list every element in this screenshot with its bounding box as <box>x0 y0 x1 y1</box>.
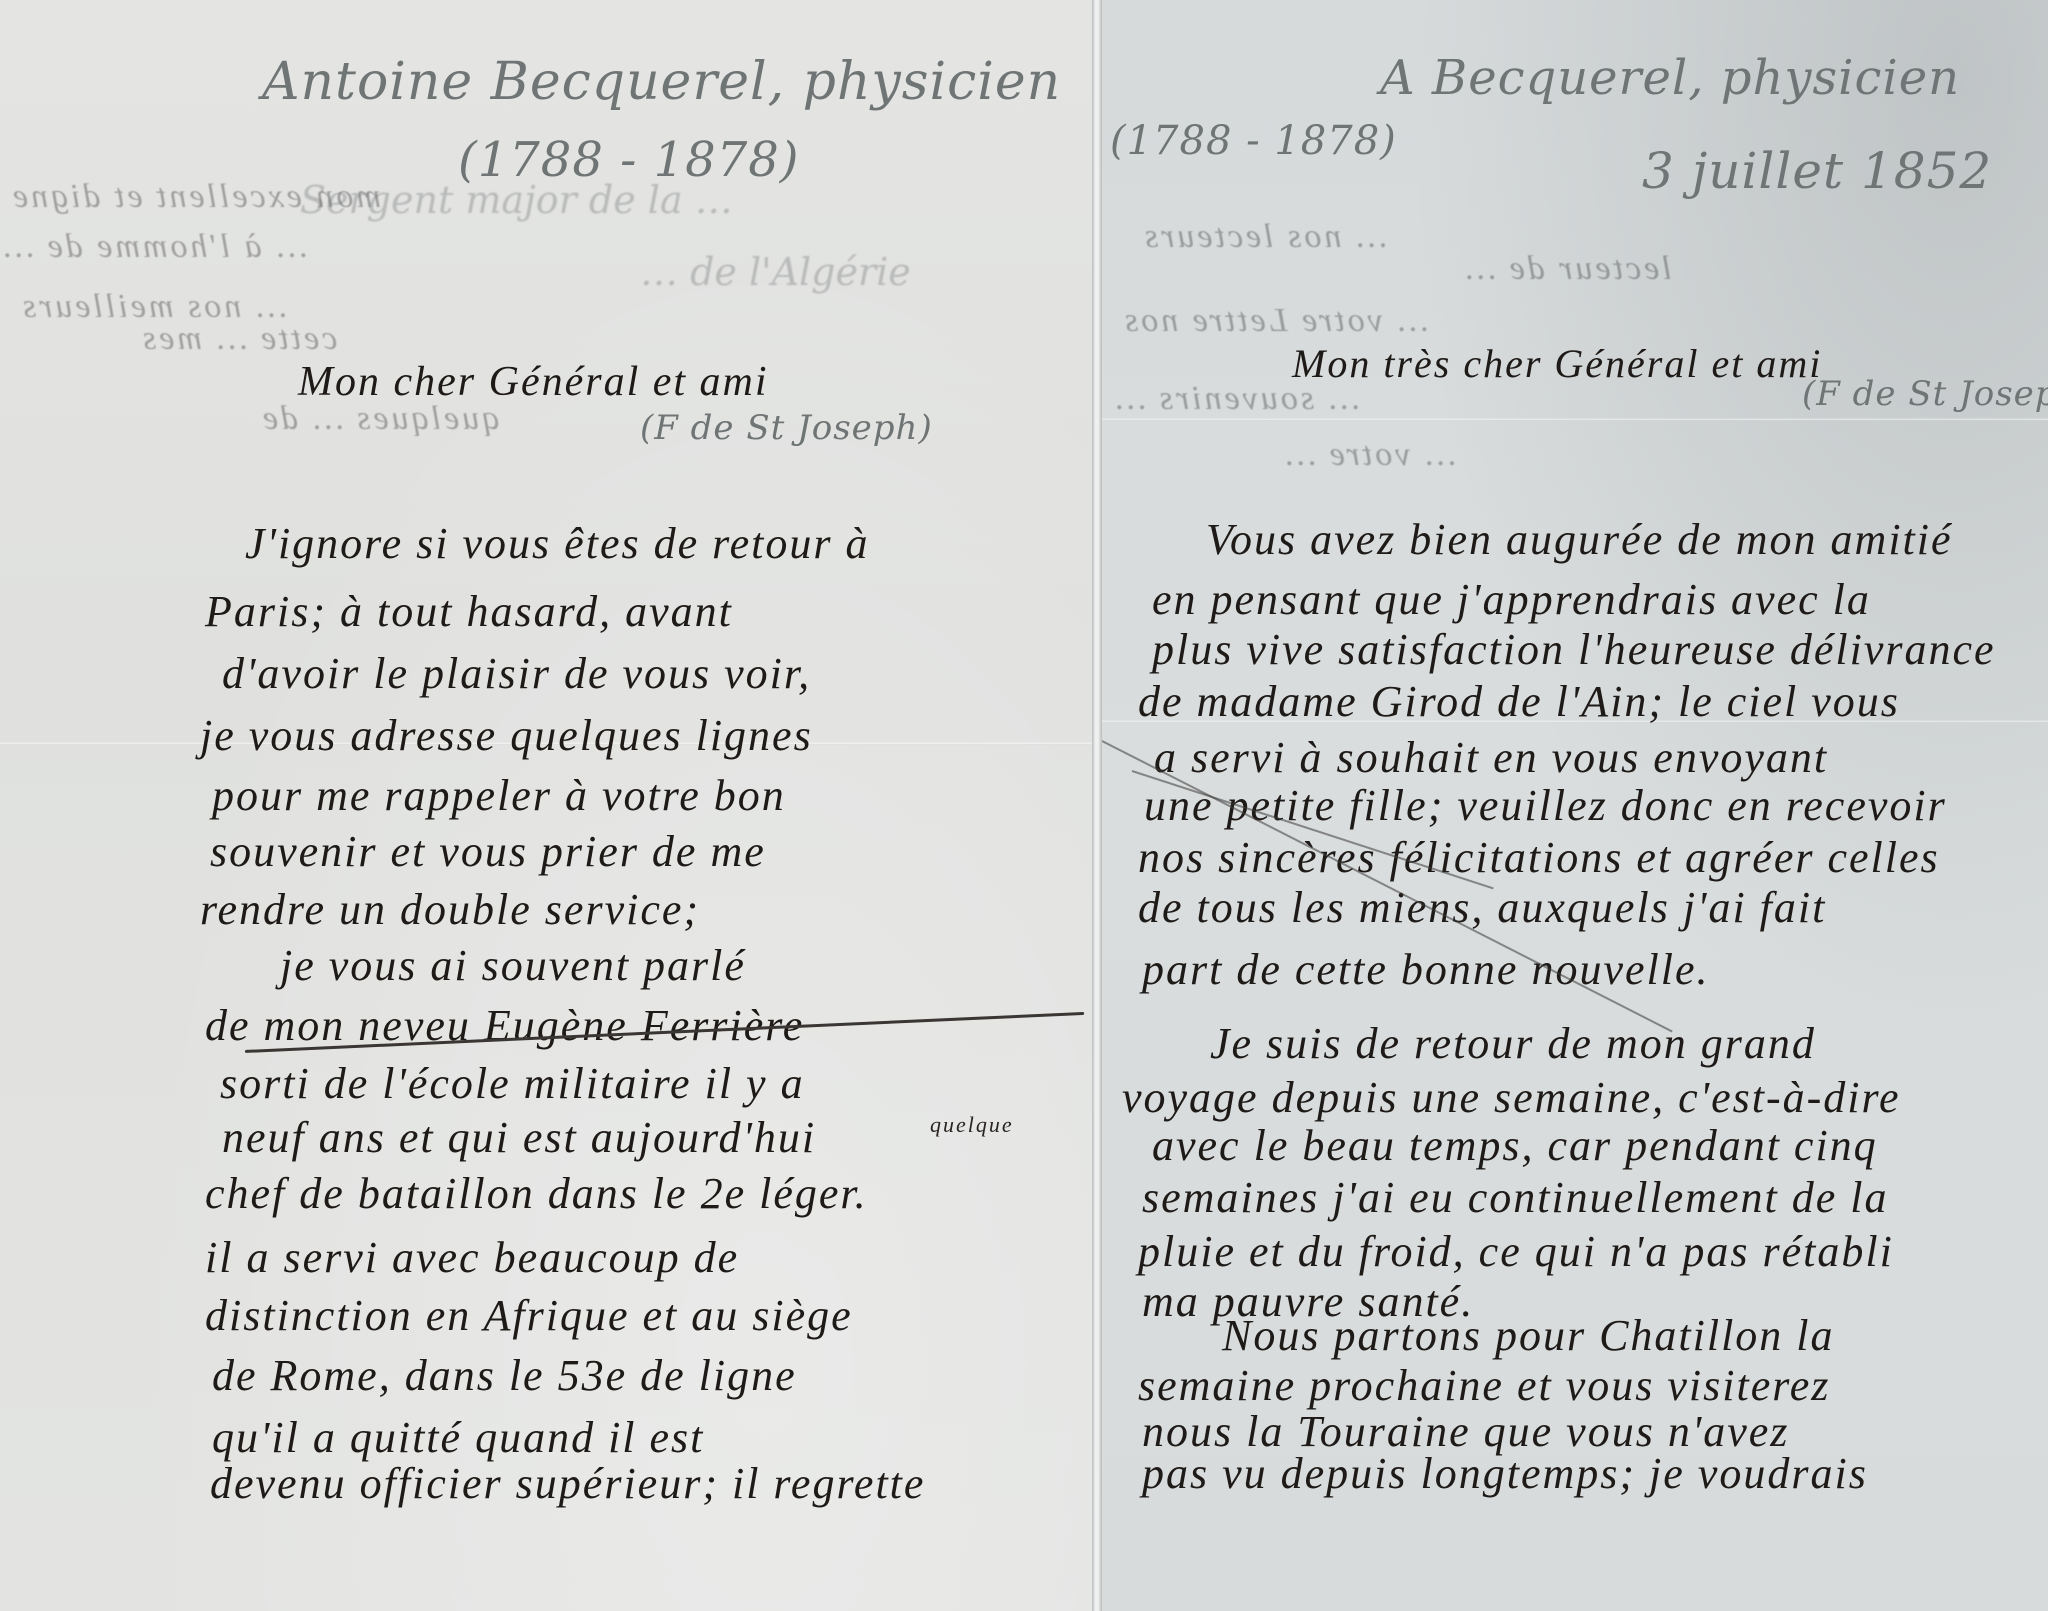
pencil-header-dates: (1788 - 1878) <box>1110 118 1397 164</box>
bleed-through-line: lecteur de … <box>1462 250 1672 288</box>
letter-line: distinction en Afrique et au siège <box>205 1290 853 1341</box>
letter-line: Vous avez bien augurée de mon amitié <box>1206 514 1953 565</box>
letter-line: en pensant que j'apprendrais avec la <box>1152 574 1871 625</box>
letter-line: J'ignore si vous êtes de retour à <box>245 518 870 569</box>
pencil-header-dates: (1788 - 1878) <box>458 132 800 188</box>
left-page: mon excellent et digne … à l'homme de … … <box>0 0 1092 1611</box>
letter-line: il a servi avec beaucoup de <box>205 1232 739 1283</box>
letter-line: souvenir et vous prier de me <box>210 826 766 877</box>
letter-line: neuf ans et qui est aujourd'hui <box>222 1112 816 1163</box>
letter-line: devenu officier supérieur; il regrette <box>210 1458 925 1509</box>
salutation: Mon cher Général et ami <box>298 358 769 406</box>
letter-line: rendre un double service; <box>200 884 700 935</box>
letter-line: avec le beau temps, car pendant cinq <box>1152 1120 1878 1171</box>
letter-line: sorti de l'école militaire il y a <box>220 1058 805 1109</box>
letter-line: semaine prochaine et vous visiterez <box>1138 1360 1830 1411</box>
pencil-header-name: A Becquerel, physicien <box>1380 50 1960 106</box>
insertion-note: quelque <box>930 1112 1014 1138</box>
page-gutter <box>1092 0 1102 1611</box>
paper-fold <box>1102 418 2048 421</box>
letter-line: nos sincères félicitations et agréer cel… <box>1138 832 1940 883</box>
letter-line: je vous adresse quelques lignes <box>200 710 813 761</box>
letter-line: pas vu depuis longtemps; je voudrais <box>1142 1448 1868 1499</box>
letter-line: d'avoir le plaisir de vous voir, <box>222 648 811 699</box>
pencil-header-name: Antoine Becquerel, physicien <box>262 52 1061 112</box>
bleed-through-line: … votre … <box>1282 436 1455 474</box>
ghost-pencil-note: … de l'Algérie <box>640 250 911 294</box>
pencil-note: (F de St Joseph) <box>640 408 933 448</box>
letter-line: a servi à souhait en vous envoyant <box>1154 732 1828 783</box>
letter-line: Nous partons pour Chatillon la <box>1222 1310 1835 1361</box>
letter-line: voyage depuis une semaine, c'est-à-dire <box>1122 1072 1901 1123</box>
letter-line: je vous ai souvent parlé <box>280 940 746 991</box>
letter-line: pluie et du froid, ce qui n'a pas rétabl… <box>1138 1226 1894 1277</box>
letter-line: semaines j'ai eu continuellement de la <box>1142 1172 1888 1223</box>
pencil-note: (F de St Joseph) <box>1802 374 2048 414</box>
letter-line: de Rome, dans le 53e de ligne <box>212 1350 797 1401</box>
bleed-through-line: … nos lecteurs <box>1142 218 1386 256</box>
letter-line: qu'il a quitté quand il est <box>212 1412 704 1463</box>
letter-line: part de cette bonne nouvelle. <box>1142 944 1709 995</box>
letter-line: de tous les miens, auxquels j'ai fait <box>1138 882 1826 933</box>
letter-line: chef de bataillon dans le 2e léger. <box>205 1168 868 1219</box>
right-page: … nos lecteurs lecteur de … … votre Lett… <box>1102 0 2048 1611</box>
salutation: Mon très cher Général et ami <box>1292 340 1822 387</box>
letter-line: Je suis de retour de mon grand <box>1210 1018 1816 1069</box>
bleed-through-line: cette … mes <box>140 320 337 358</box>
letter-line: pour me rappeler à votre bon <box>212 770 786 821</box>
bleed-through-line: … votre Lettre nos <box>1122 302 1428 340</box>
letter-line: Paris; à tout hasard, avant <box>205 586 733 637</box>
letter-line: de madame Girod de l'Ain; le ciel vous <box>1138 676 1900 727</box>
letter-line: plus vive satisfaction l'heureuse délivr… <box>1152 624 1996 675</box>
pencil-header-date: 3 juillet 1852 <box>1642 142 1992 200</box>
letter-line: de mon neveu Eugène Ferrière <box>205 1000 804 1051</box>
bleed-through-line: … à l'homme de … <box>0 228 306 266</box>
